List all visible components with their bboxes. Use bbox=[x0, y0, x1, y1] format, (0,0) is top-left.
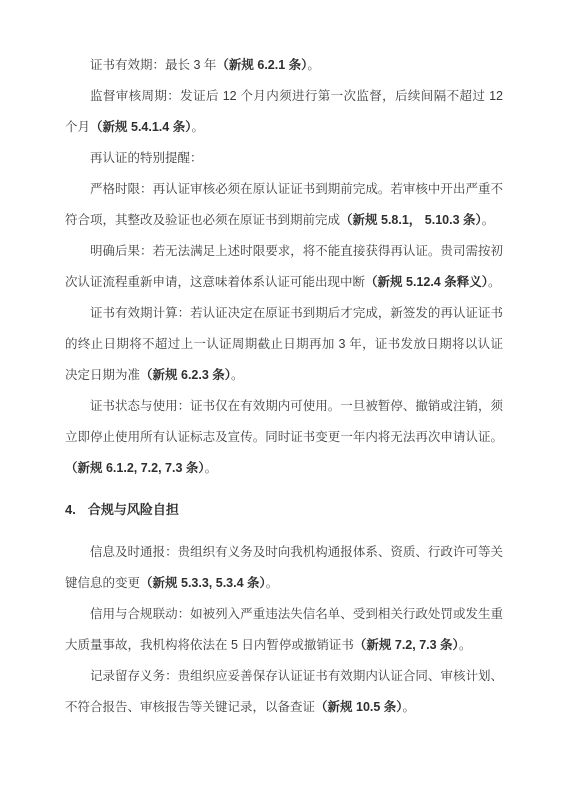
regulation-reference: （新规 5.12.4 条释义） bbox=[365, 275, 488, 289]
regulation-reference: （新规 5.8.1， 5.10.3 条） bbox=[340, 213, 482, 227]
text-run: 。 bbox=[205, 461, 218, 475]
text-run: 。 bbox=[191, 120, 204, 134]
paragraph: 证书状态与使用：证书仅在有效期内可使用。一旦被暂停、撤销或注销，须立即停止使用所… bbox=[65, 391, 503, 484]
regulation-reference: （新规 6.1.2, 7.2, 7.3 条） bbox=[65, 461, 205, 475]
text-run: 。 bbox=[266, 576, 279, 590]
paragraph: 证书有效期计算：若认证决定在原证书到期后才完成，新签发的再认证证书的终止日期将不… bbox=[65, 298, 503, 391]
paragraph: 记录留存义务：贵组织应妥善保存认证证书有效期内认证合同、审核计划、不符合报告、审… bbox=[65, 661, 503, 723]
paragraph: 再认证的特别提醒： bbox=[65, 143, 503, 174]
text-run: 。 bbox=[231, 368, 244, 382]
text-run: 。 bbox=[482, 213, 495, 227]
document-body: 证书有效期：最长 3 年（新规 6.2.1 条）。监督审核周期：发证后 12 个… bbox=[65, 50, 503, 723]
text-run: 证书有效期计算：若认证决定在原证书到期后才完成，新签发的再认证证书的终止日期将不… bbox=[65, 306, 503, 382]
regulation-reference: （新规 10.5 条） bbox=[315, 700, 403, 714]
regulation-reference: （新规 7.2, 7.3 条） bbox=[354, 638, 459, 652]
text-run: 证书有效期：最长 3 年 bbox=[90, 58, 216, 72]
regulation-reference: （新规 5.3.3, 5.3.4 条） bbox=[140, 576, 266, 590]
paragraph: 监督审核周期：发证后 12 个月内须进行第一次监督，后续间隔不超过 12 个月（… bbox=[65, 81, 503, 143]
paragraph: 证书有效期：最长 3 年（新规 6.2.1 条）。 bbox=[65, 50, 503, 81]
paragraph: 明确后果：若无法满足上述时限要求，将不能直接获得再认证。贵司需按初次认证流程重新… bbox=[65, 236, 503, 298]
regulation-reference: （新规 5.4.1.4 条） bbox=[90, 120, 191, 134]
regulation-reference: （新规 6.2.3 条） bbox=[140, 368, 231, 382]
regulation-reference: （新规 6.2.1 条） bbox=[216, 58, 307, 72]
document-page: 证书有效期：最长 3 年（新规 6.2.1 条）。监督审核周期：发证后 12 个… bbox=[0, 0, 566, 800]
paragraph: 信息及时通报：贵组织有义务及时向我机构通报体系、资质、行政许可等关键信息的变更（… bbox=[65, 537, 503, 599]
text-run: 再认证的特别提醒： bbox=[90, 151, 203, 165]
section-title: 合规与风险自担 bbox=[88, 502, 179, 517]
section-number: 4. bbox=[65, 502, 76, 517]
text-run: 记录留存义务：贵组织应妥善保存认证证书有效期内认证合同、审核计划、不符合报告、审… bbox=[65, 669, 503, 714]
section-heading: 4.合规与风险自担 bbox=[65, 494, 503, 525]
paragraph: 严格时限：再认证审核必须在原认证证书到期前完成。若审核中开出严重不符合项，其整改… bbox=[65, 174, 503, 236]
text-run: 。 bbox=[459, 638, 472, 652]
paragraph: 信用与合规联动：如被列入严重违法失信名单、受到相关行政处罚或发生重大质量事故，我… bbox=[65, 599, 503, 661]
text-run: 。 bbox=[488, 275, 501, 289]
text-run: 。 bbox=[403, 700, 416, 714]
text-run: 信息及时通报：贵组织有义务及时向我机构通报体系、资质、行政许可等关键信息的变更 bbox=[65, 545, 503, 590]
text-run: 。 bbox=[307, 58, 320, 72]
text-run: 证书状态与使用：证书仅在有效期内可使用。一旦被暂停、撤销或注销，须立即停止使用所… bbox=[65, 399, 503, 444]
